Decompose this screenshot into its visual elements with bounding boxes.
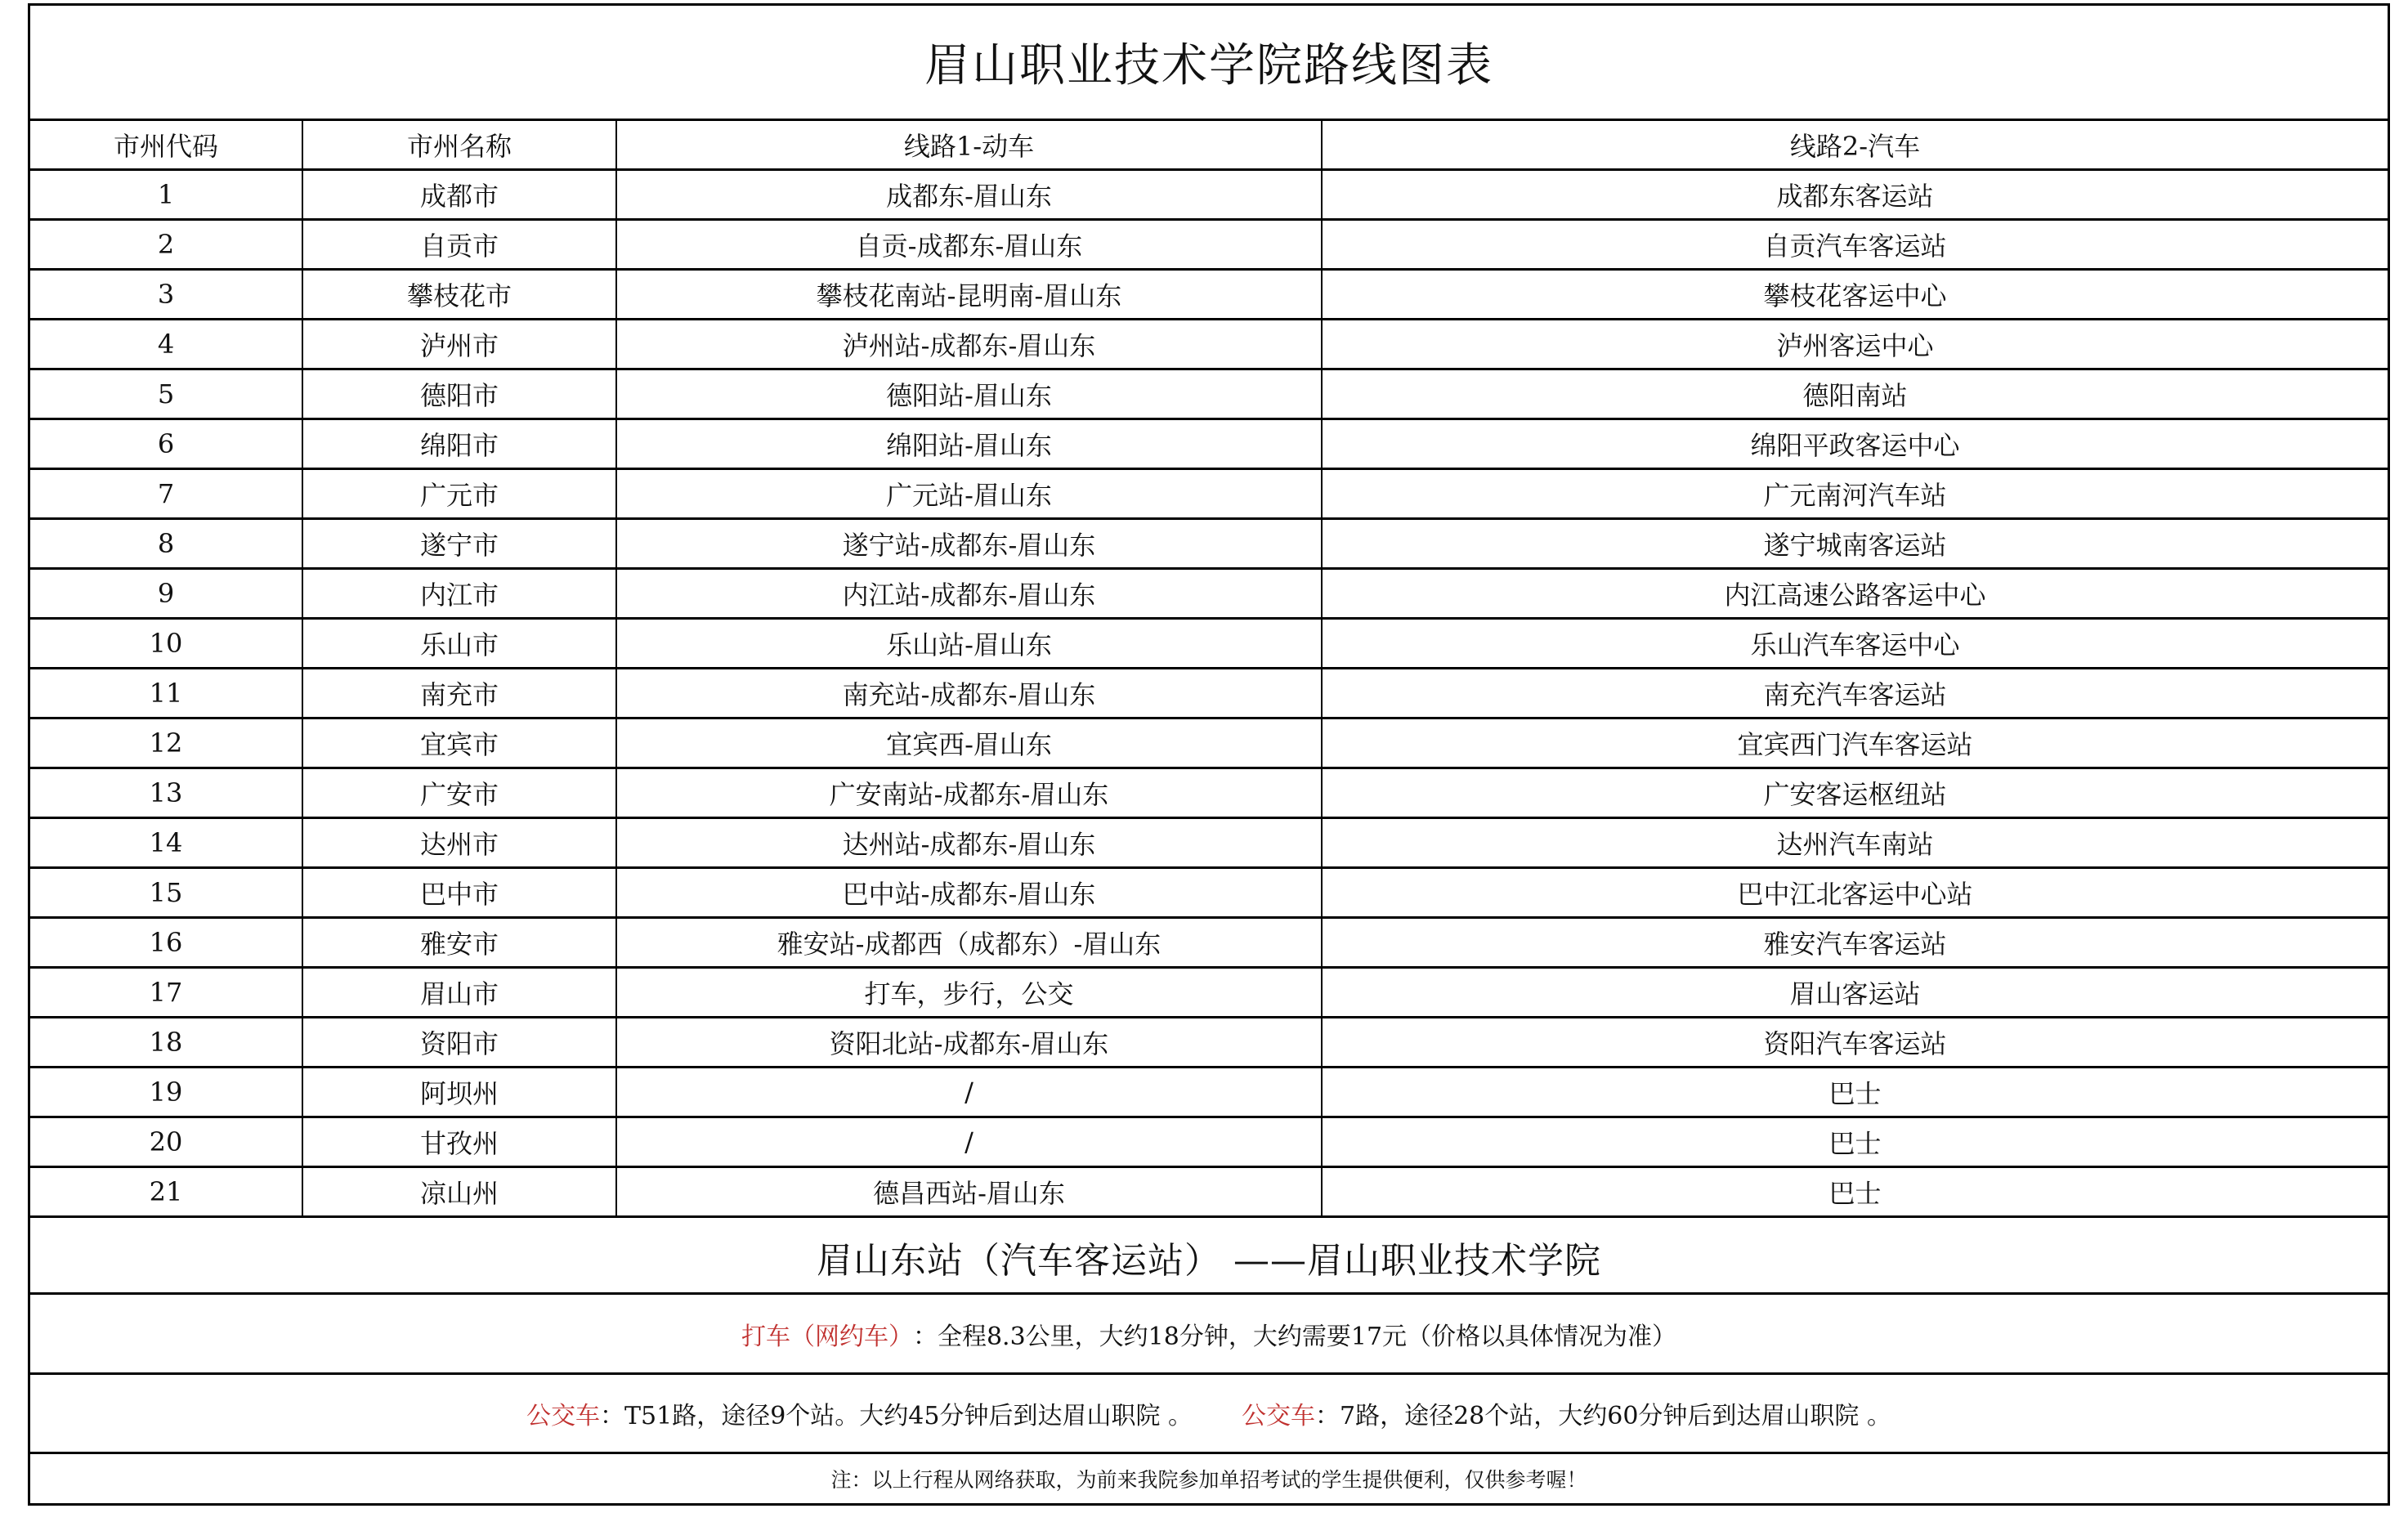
table-row: 19阿坝州/巴士 <box>30 1068 2388 1117</box>
cell-city-name: 泸州市 <box>302 320 616 369</box>
cell-city-name: 成都市 <box>302 170 616 220</box>
cell-route-train: 达州站-成都东-眉山东 <box>616 818 1322 868</box>
cell-city-code: 17 <box>30 968 302 1018</box>
cell-city-code: 15 <box>30 868 302 918</box>
cell-route-train: 资阳北站-成都东-眉山东 <box>616 1018 1322 1068</box>
cell-city-name: 广安市 <box>302 768 616 818</box>
note-text: 注：以上行程从网络获取，为前来我院参加单招考试的学生提供便利，仅供参考喔！ <box>830 1464 1587 1493</box>
cell-route-bus: 德阳南站 <box>1322 369 2388 419</box>
bus-2-label: 公交车 <box>1242 1395 1315 1431</box>
cell-route-train: 绵阳站-眉山东 <box>616 419 1322 469</box>
cell-city-name: 眉山市 <box>302 968 616 1018</box>
table-row: 5德阳市德阳站-眉山东德阳南站 <box>30 369 2388 419</box>
cell-city-name: 乐山市 <box>302 619 616 669</box>
cell-city-name: 攀枝花市 <box>302 270 616 320</box>
cell-city-code: 14 <box>30 818 302 868</box>
cell-route-bus: 攀枝花客运中心 <box>1322 270 2388 320</box>
table-body: 1成都市成都东-眉山东成都东客运站2自贡市自贡-成都东-眉山东自贡汽车客运站3攀… <box>30 170 2388 1217</box>
table-row: 9内江市内江站-成都东-眉山东内江高速公路客运中心 <box>30 569 2388 619</box>
cell-city-code: 21 <box>30 1167 302 1217</box>
cell-route-train: 打车，步行，公交 <box>616 968 1322 1018</box>
cell-city-name: 广元市 <box>302 469 616 519</box>
cell-city-code: 4 <box>30 320 302 369</box>
cell-route-train: 广元站-眉山东 <box>616 469 1322 519</box>
cell-city-name: 自贡市 <box>302 220 616 270</box>
cell-city-name: 雅安市 <box>302 918 616 968</box>
cell-route-bus: 遂宁城南客运站 <box>1322 519 2388 569</box>
cell-route-bus: 宜宾西门汽车客运站 <box>1322 718 2388 768</box>
taxi-text: ：全程8.3公里，大约18分钟，大约需要17元（价格以具体情况为准） <box>913 1316 1676 1352</box>
cell-route-train: 成都东-眉山东 <box>616 170 1322 220</box>
cell-city-code: 13 <box>30 768 302 818</box>
cell-city-code: 7 <box>30 469 302 519</box>
table-row: 14达州市达州站-成都东-眉山东达州汽车南站 <box>30 818 2388 868</box>
cell-route-train: 南充站-成都东-眉山东 <box>616 669 1322 718</box>
cell-city-name: 绵阳市 <box>302 419 616 469</box>
bus-2-text: ：7路，途径28个站，大约60分钟后到达眉山职院 。 <box>1315 1395 1891 1431</box>
cell-city-name: 南充市 <box>302 669 616 718</box>
bus-1-label: 公交车 <box>526 1395 600 1431</box>
cell-route-bus: 泸州客运中心 <box>1322 320 2388 369</box>
cell-route-train: 宜宾西-眉山东 <box>616 718 1322 768</box>
subtitle-text: 眉山东站（汽车客运站） ——眉山职业技术学院 <box>817 1231 1601 1283</box>
cell-route-bus: 自贡汽车客运站 <box>1322 220 2388 270</box>
cell-route-train: 德昌西站-眉山东 <box>616 1167 1322 1217</box>
cell-city-name: 阿坝州 <box>302 1068 616 1117</box>
cell-city-code: 10 <box>30 619 302 669</box>
cell-city-code: 8 <box>30 519 302 569</box>
table-row: 4泸州市泸州站-成都东-眉山东泸州客运中心 <box>30 320 2388 369</box>
cell-city-code: 16 <box>30 918 302 968</box>
page-title: 眉山职业技术学院路线图表 <box>30 6 2388 121</box>
table-row: 20甘孜州/巴士 <box>30 1117 2388 1167</box>
cell-route-bus: 内江高速公路客运中心 <box>1322 569 2388 619</box>
cell-route-bus: 南充汽车客运站 <box>1322 669 2388 718</box>
header-city-code: 市州代码 <box>30 121 302 170</box>
cell-city-name: 德阳市 <box>302 369 616 419</box>
table-row: 13广安市广安南站-成都东-眉山东广安客运枢纽站 <box>30 768 2388 818</box>
cell-route-bus: 巴士 <box>1322 1167 2388 1217</box>
cell-city-code: 6 <box>30 419 302 469</box>
cell-route-bus: 眉山客运站 <box>1322 968 2388 1018</box>
cell-city-code: 11 <box>30 669 302 718</box>
cell-route-train: 自贡-成都东-眉山东 <box>616 220 1322 270</box>
cell-route-bus: 乐山汽车客运中心 <box>1322 619 2388 669</box>
cell-route-train: 遂宁站-成都东-眉山东 <box>616 519 1322 569</box>
cell-city-code: 1 <box>30 170 302 220</box>
cell-city-name: 内江市 <box>302 569 616 619</box>
cell-route-bus: 广安客运枢纽站 <box>1322 768 2388 818</box>
cell-route-train: 巴中站-成都东-眉山东 <box>616 868 1322 918</box>
table-row: 1成都市成都东-眉山东成都东客运站 <box>30 170 2388 220</box>
cell-route-bus: 巴士 <box>1322 1068 2388 1117</box>
cell-route-bus: 雅安汽车客运站 <box>1322 918 2388 968</box>
table-row: 18资阳市资阳北站-成都东-眉山东资阳汽车客运站 <box>30 1018 2388 1068</box>
table-row: 21凉山州德昌西站-眉山东巴士 <box>30 1167 2388 1217</box>
routes-table: 市州代码 市州名称 线路1-动车 线路2-汽车 1成都市成都东-眉山东成都东客运… <box>30 121 2388 1218</box>
subtitle-row: 眉山东站（汽车客运站） ——眉山职业技术学院 <box>30 1221 2388 1295</box>
cell-route-train: / <box>616 1068 1322 1117</box>
cell-city-name: 巴中市 <box>302 868 616 918</box>
cell-city-code: 18 <box>30 1018 302 1068</box>
cell-city-code: 5 <box>30 369 302 419</box>
cell-city-code: 9 <box>30 569 302 619</box>
cell-city-code: 19 <box>30 1068 302 1117</box>
cell-route-train: 乐山站-眉山东 <box>616 619 1322 669</box>
cell-city-code: 3 <box>30 270 302 320</box>
cell-city-name: 遂宁市 <box>302 519 616 569</box>
cell-route-train: 雅安站-成都西（成都东）-眉山东 <box>616 918 1322 968</box>
table-row: 15巴中市巴中站-成都东-眉山东巴中江北客运中心站 <box>30 868 2388 918</box>
cell-city-code: 2 <box>30 220 302 270</box>
table-row: 3攀枝花市攀枝花南站-昆明南-眉山东攀枝花客运中心 <box>30 270 2388 320</box>
cell-route-train: 德阳站-眉山东 <box>616 369 1322 419</box>
table-row: 6绵阳市绵阳站-眉山东绵阳平政客运中心 <box>30 419 2388 469</box>
cell-city-name: 资阳市 <box>302 1018 616 1068</box>
cell-city-name: 甘孜州 <box>302 1117 616 1167</box>
table-row: 2自贡市自贡-成都东-眉山东自贡汽车客运站 <box>30 220 2388 270</box>
cell-route-train: 广安南站-成都东-眉山东 <box>616 768 1322 818</box>
cell-route-train: / <box>616 1117 1322 1167</box>
note-row: 注：以上行程从网络获取，为前来我院参加单招考试的学生提供便利，仅供参考喔！ <box>30 1454 2388 1503</box>
header-route-bus: 线路2-汽车 <box>1322 121 2388 170</box>
taxi-label: 打车（网约车） <box>741 1316 913 1352</box>
cell-city-name: 达州市 <box>302 818 616 868</box>
table-row: 11南充市南充站-成都东-眉山东南充汽车客运站 <box>30 669 2388 718</box>
route-sheet: 眉山职业技术学院路线图表 市州代码 市州名称 线路1-动车 线路2-汽车 1成都… <box>28 3 2390 1506</box>
table-row: 16雅安市雅安站-成都西（成都东）-眉山东雅安汽车客运站 <box>30 918 2388 968</box>
table-row: 17眉山市打车，步行，公交眉山客运站 <box>30 968 2388 1018</box>
cell-route-train: 内江站-成都东-眉山东 <box>616 569 1322 619</box>
cell-route-bus: 达州汽车南站 <box>1322 818 2388 868</box>
cell-city-name: 宜宾市 <box>302 718 616 768</box>
header-route-train: 线路1-动车 <box>616 121 1322 170</box>
cell-route-train: 泸州站-成都东-眉山东 <box>616 320 1322 369</box>
header-city-name: 市州名称 <box>302 121 616 170</box>
cell-route-bus: 巴中江北客运中心站 <box>1322 868 2388 918</box>
taxi-info-row: 打车（网约车）：全程8.3公里，大约18分钟，大约需要17元（价格以具体情况为准… <box>30 1295 2388 1375</box>
cell-route-bus: 广元南河汽车站 <box>1322 469 2388 519</box>
bus-1-text: ：T51路，途径9个站。大约45分钟后到达眉山职院 。 <box>600 1395 1193 1431</box>
table-row: 10乐山市乐山站-眉山东乐山汽车客运中心 <box>30 619 2388 669</box>
cell-route-bus: 资阳汽车客运站 <box>1322 1018 2388 1068</box>
table-row: 8遂宁市遂宁站-成都东-眉山东遂宁城南客运站 <box>30 519 2388 569</box>
table-row: 12宜宾市宜宾西-眉山东宜宾西门汽车客运站 <box>30 718 2388 768</box>
cell-route-bus: 绵阳平政客运中心 <box>1322 419 2388 469</box>
cell-city-code: 12 <box>30 718 302 768</box>
table-header-row: 市州代码 市州名称 线路1-动车 线路2-汽车 <box>30 121 2388 170</box>
cell-route-bus: 巴士 <box>1322 1117 2388 1167</box>
cell-route-train: 攀枝花南站-昆明南-眉山东 <box>616 270 1322 320</box>
cell-city-name: 凉山州 <box>302 1167 616 1217</box>
cell-city-code: 20 <box>30 1117 302 1167</box>
cell-route-bus: 成都东客运站 <box>1322 170 2388 220</box>
table-row: 7广元市广元站-眉山东广元南河汽车站 <box>30 469 2388 519</box>
bus-info-row: 公交车：T51路，途径9个站。大约45分钟后到达眉山职院 。 公交车：7路，途径… <box>30 1375 2388 1454</box>
